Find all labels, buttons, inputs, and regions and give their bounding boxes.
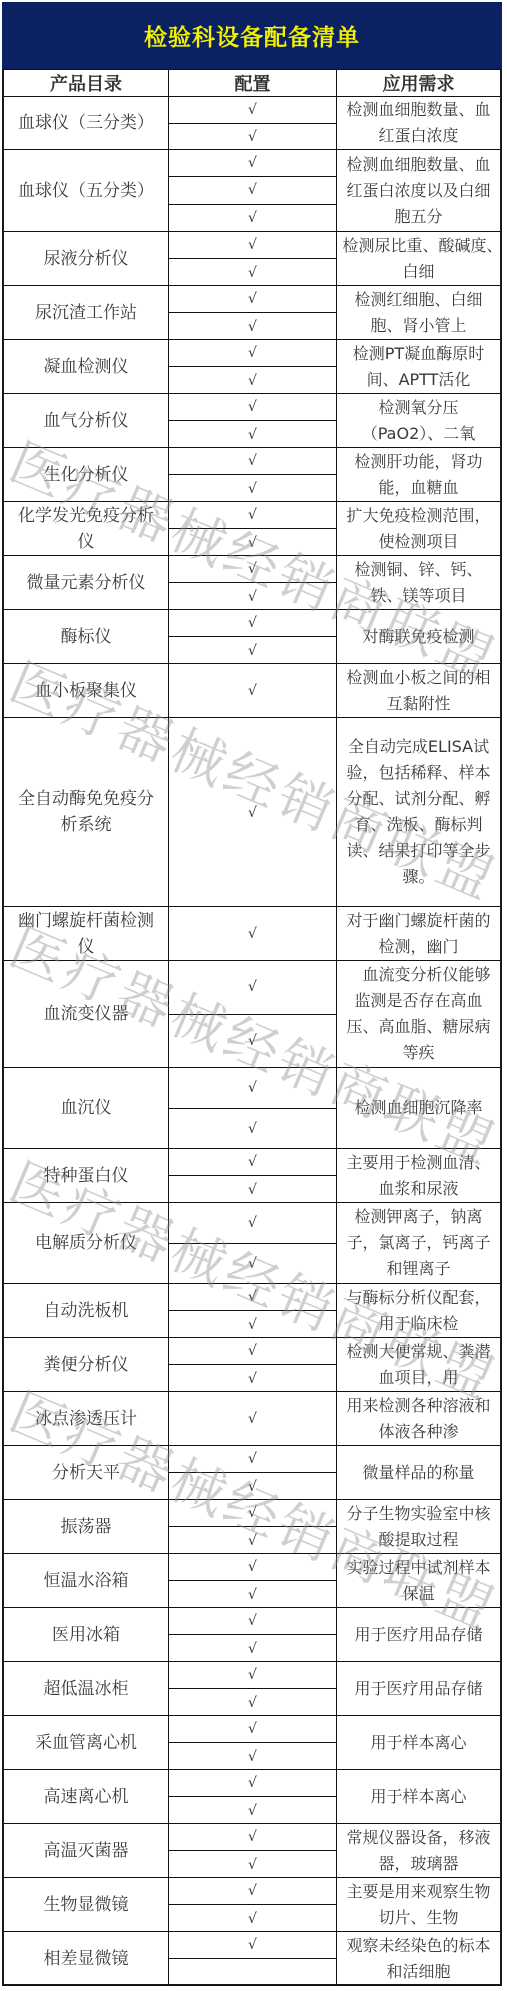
config-cell: √√ [168, 1770, 337, 1824]
application-need-cell: 检测PT凝血酶原时间、APTT活化 [337, 340, 500, 394]
check-mark-icon: √ [169, 1527, 336, 1554]
check-mark-icon: √ [169, 1446, 336, 1473]
application-need-cell: 观察未经染色的标本和活细胞 [337, 1932, 500, 1986]
check-mark-icon: √ [169, 610, 336, 637]
check-mark-icon: √ [169, 556, 336, 583]
config-cell: √√ [168, 286, 337, 340]
check-mark-icon: √ [169, 1878, 336, 1905]
application-need-cell: 常规仪器设备，移液器，玻璃器 [337, 1824, 500, 1878]
config-cell: √√ [168, 1554, 337, 1608]
config-cell: √√ [168, 1203, 337, 1284]
application-need-cell: 检测血小板之间的相互黏附性 [337, 664, 500, 718]
check-mark-icon: √ [169, 97, 336, 124]
config-cell: √√ [168, 1068, 337, 1149]
check-mark-icon: √ [169, 1068, 336, 1109]
product-name-cell: 幽门螺旋杆菌检测仪 [4, 907, 168, 961]
check-mark-icon: √ [169, 1015, 336, 1069]
application-need-cell: 用于医疗用品存储 [337, 1608, 500, 1662]
check-mark-icon [169, 1959, 336, 1986]
config-cell: √√ [168, 556, 337, 610]
product-name-cell: 凝血检测仪 [4, 340, 168, 394]
check-mark-icon: √ [169, 313, 336, 340]
application-need-cell: 分子生物实验室中核酸提取过程 [337, 1500, 500, 1554]
check-mark-icon: √ [169, 448, 336, 475]
product-name-cell: 全自动酶免免疫分析系统 [4, 718, 168, 907]
application-need-cell: 检测血细胞数量、血红蛋白浓度 [337, 97, 500, 150]
check-mark-icon: √ [169, 1109, 336, 1150]
check-mark-icon: √ [169, 664, 336, 718]
check-mark-icon: √ [169, 1743, 336, 1770]
application-need-cell: 检测大便常规、粪潜血项目，用 [337, 1338, 500, 1392]
config-cell: √√ [168, 961, 337, 1068]
application-need-cell: 检测钾离子，钠离子，氯离子，钙离子和锂离子 [337, 1203, 500, 1284]
column-header-product: 产品目录 [4, 70, 168, 97]
check-mark-icon: √ [169, 1716, 336, 1743]
config-cell: √ [168, 1932, 337, 1986]
check-mark-icon: √ [169, 1473, 336, 1500]
application-need-cell: 检测尿比重、酸碱度、 白细 [337, 232, 500, 286]
product-name-cell: 医用冰箱 [4, 1608, 168, 1662]
check-mark-icon: √ [169, 1635, 336, 1662]
product-name-cell: 血流变仪器 [4, 961, 168, 1068]
check-mark-icon: √ [169, 475, 336, 502]
product-name-cell: 冰点渗透压计 [4, 1392, 168, 1446]
check-mark-icon: √ [169, 286, 336, 313]
check-mark-icon: √ [169, 1581, 336, 1608]
application-need-cell: 用于样本离心 [337, 1716, 500, 1770]
product-name-cell: 相差显微镜 [4, 1932, 168, 1986]
product-name-cell: 特种蛋白仪 [4, 1149, 168, 1203]
application-need-cell: 主要用于检测血清、血浆和尿液 [337, 1149, 500, 1203]
check-mark-icon: √ [169, 367, 336, 394]
config-cell: √√ [168, 340, 337, 394]
check-mark-icon: √ [169, 1824, 336, 1851]
check-mark-icon: √ [169, 502, 336, 529]
product-name-cell: 酶标仪 [4, 610, 168, 664]
config-cell: √√ [168, 448, 337, 502]
config-cell: √√ [168, 610, 337, 664]
product-name-cell: 血小板聚集仪 [4, 664, 168, 718]
check-mark-icon: √ [169, 150, 336, 177]
config-cell: √√ [168, 1878, 337, 1932]
application-need-cell: 对于幽门螺旋杆菌的检测，幽门 [337, 907, 500, 961]
check-mark-icon: √ [169, 1284, 336, 1311]
config-cell: √√ [168, 1608, 337, 1662]
application-need-cell: 检测氧分压（PaO2）、二氧 [337, 394, 500, 448]
application-need-cell: 检测血细胞数量、血红蛋白浓度以及白细胞五分 [337, 150, 500, 232]
config-cell: √√ [168, 1662, 337, 1716]
application-need-cell: 对酶联免疫检测 [337, 610, 500, 664]
check-mark-icon: √ [169, 1365, 336, 1392]
check-mark-icon: √ [169, 907, 336, 961]
check-mark-icon: √ [169, 583, 336, 610]
check-mark-icon: √ [169, 232, 336, 259]
product-name-cell: 恒温水浴箱 [4, 1554, 168, 1608]
config-cell: √√ [168, 1338, 337, 1392]
check-mark-icon: √ [169, 340, 336, 367]
application-need-cell: 与酶标分析仪配套，用于临床检 [337, 1284, 500, 1338]
application-need-cell: 检测铜、锌、钙、铁、镁等项目 [337, 556, 500, 610]
application-need-cell: 扩大免疫检测范围，使检测项目 [337, 502, 500, 556]
application-need-cell: 用来检测各种溶液和体液各种渗 [337, 1392, 500, 1446]
config-cell: √ [168, 664, 337, 718]
check-mark-icon: √ [169, 177, 336, 204]
check-mark-icon: √ [169, 421, 336, 448]
product-name-cell: 尿液分析仪 [4, 232, 168, 286]
check-mark-icon: √ [169, 394, 336, 421]
config-cell: √√ [168, 502, 337, 556]
product-name-cell: 高温灭菌器 [4, 1824, 168, 1878]
config-cell: √√ [168, 1284, 337, 1338]
check-mark-icon: √ [169, 259, 336, 286]
check-mark-icon: √ [169, 1500, 336, 1527]
product-name-cell: 尿沉渣工作站 [4, 286, 168, 340]
product-name-cell: 微量元素分析仪 [4, 556, 168, 610]
application-need-cell: 血流变分析仪能够监测是否存在高血压、高血脂、糖尿病等疾 [337, 961, 500, 1068]
application-need-cell: 微量样品的称量 [337, 1446, 500, 1500]
column-header-need: 应用需求 [337, 70, 500, 97]
config-cell: √√ [168, 1500, 337, 1554]
application-need-cell: 用于样本离心 [337, 1770, 500, 1824]
application-need-cell: 主要是用来观察生物切片、生物 [337, 1878, 500, 1932]
config-cell: √√ [168, 394, 337, 448]
application-need-cell: 检测血细胞沉降率 [337, 1068, 500, 1149]
product-name-cell: 振荡器 [4, 1500, 168, 1554]
product-name-cell: 生化分析仪 [4, 448, 168, 502]
application-need-cell: 检测红细胞、白细胞、肾小管上 [337, 286, 500, 340]
check-mark-icon: √ [169, 1311, 336, 1338]
config-cell: √√ [168, 1446, 337, 1500]
check-mark-icon: √ [169, 1662, 336, 1689]
check-mark-icon: √ [169, 1770, 336, 1797]
check-mark-icon: √ [169, 1851, 336, 1878]
check-mark-icon: √ [169, 1338, 336, 1365]
product-name-cell: 电解质分析仪 [4, 1203, 168, 1284]
check-mark-icon: √ [169, 1244, 336, 1285]
config-cell: √√ [168, 1716, 337, 1770]
check-mark-icon: √ [169, 1689, 336, 1716]
product-name-cell: 分析天平 [4, 1446, 168, 1500]
check-mark-icon: √ [169, 1392, 336, 1446]
product-name-cell: 化学发光免疫分析仪 [4, 502, 168, 556]
application-need-cell: 实验过程中试剂样本保温 [337, 1554, 500, 1608]
check-mark-icon: √ [169, 1905, 336, 1932]
check-mark-icon: √ [169, 1176, 336, 1203]
config-cell: √√ [168, 97, 337, 150]
config-cell: √√ [168, 1824, 337, 1878]
product-name-cell: 采血管离心机 [4, 1716, 168, 1770]
check-mark-icon: √ [169, 1932, 336, 1959]
check-mark-icon: √ [169, 1554, 336, 1581]
check-mark-icon: √ [169, 1149, 336, 1176]
product-name-cell: 高速离心机 [4, 1770, 168, 1824]
application-need-cell: 检测肝功能，肾功能，血糖血 [337, 448, 500, 502]
product-name-cell: 生物显微镜 [4, 1878, 168, 1932]
check-mark-icon: √ [169, 961, 336, 1015]
check-mark-icon: √ [169, 1608, 336, 1635]
application-need-cell: 全自动完成ELISA试验，包括稀释、样本分配、试剂分配、孵育、洗板、酶标判读、结… [337, 718, 500, 907]
product-name-cell: 粪便分析仪 [4, 1338, 168, 1392]
check-mark-icon: √ [169, 529, 336, 556]
config-cell: √√√ [168, 150, 337, 232]
product-name-cell: 超低温冰柜 [4, 1662, 168, 1716]
config-cell: √ [168, 1392, 337, 1446]
product-name-cell: 血气分析仪 [4, 394, 168, 448]
column-header-config: 配置 [168, 70, 337, 97]
config-cell: √ [168, 907, 337, 961]
check-mark-icon: √ [169, 205, 336, 232]
application-need-cell: 用于医疗用品存储 [337, 1662, 500, 1716]
config-cell: √√ [168, 232, 337, 286]
check-mark-icon: √ [169, 124, 336, 151]
product-name-cell: 血球仪（三分类） [4, 97, 168, 150]
product-name-cell: 血球仪（五分类） [4, 150, 168, 232]
config-cell: √ [168, 718, 337, 907]
page-title: 检验科设备配备清单 [2, 2, 502, 70]
check-mark-icon: √ [169, 718, 336, 907]
check-mark-icon: √ [169, 1797, 336, 1824]
config-cell: √√ [168, 1149, 337, 1203]
product-name-cell: 自动洗板机 [4, 1284, 168, 1338]
check-mark-icon: √ [169, 637, 336, 664]
check-mark-icon: √ [169, 1203, 336, 1244]
product-name-cell: 血沉仪 [4, 1068, 168, 1149]
